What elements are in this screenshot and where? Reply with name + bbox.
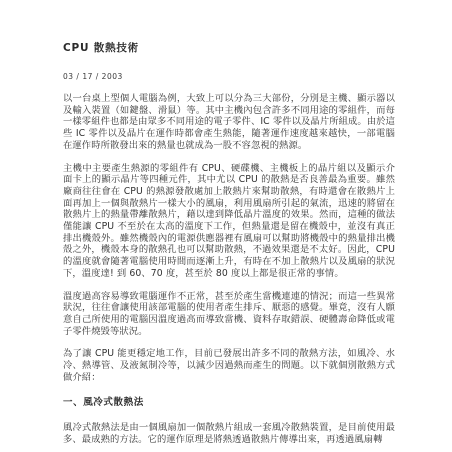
paragraph-intro: 以一台桌上型個人電腦為例，大致上可以分為三大部份，分別是主機、顯示器以及輸入裝置… <box>63 93 395 152</box>
document-page: CPU 散熱技術 03 / 17 / 2003 以一台桌上型個人電腦為例，大致上… <box>0 0 452 452</box>
paragraph-heat-sources: 主機中主要產生熱源的零組件有 CPU、硬碟機、主機板上的晶片組以及顯示介面卡上的… <box>63 163 395 280</box>
document-title: CPU 散熱技術 <box>63 40 395 55</box>
paragraph-cooling-methods: 為了讓 CPU 能更穩定地工作，目前已發展出許多不同的散熱方法，如風冷、水冷、熱… <box>63 348 395 383</box>
section-heading-air-cooling: 一、風冷式散熱法 <box>63 394 395 408</box>
paragraph-overheat-effects: 溫度過高容易導致電腦運作不正常，甚至於產生當機連連的情況；而這一些異常狀況，往往… <box>63 291 395 338</box>
document-date: 03 / 17 / 2003 <box>63 72 395 81</box>
paragraph-air-cooling: 風冷式散熱法是由一個風扇加一個散熱片組成一套風冷散熱裝置，是目前使用最多、最成熟… <box>63 422 395 445</box>
